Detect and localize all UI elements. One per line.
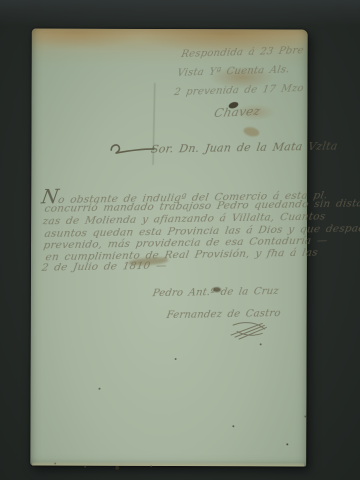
signature-rubric-icon: [227, 319, 269, 341]
annotation-rubric: Chavez: [213, 104, 262, 120]
salutation-flourish-icon: [109, 141, 155, 157]
signature-line: Fernandez de Castro: [166, 308, 282, 321]
letter-paper: Respondida á 23 Pbre Vista Yª Cuenta Als…: [30, 29, 308, 467]
annotation-line: Vista Yª Cuenta Als.: [176, 64, 290, 78]
annotation-line: 2 prevenida de 17 Mzo: [173, 83, 304, 98]
paper-specks: [54, 463, 56, 465]
annotation-line: Respondida á 23 Pbre: [180, 45, 304, 60]
body-line: 2 de Julio de 1810 —: [41, 260, 168, 274]
ink-smudge: [243, 126, 261, 138]
signature-line: Pedro Ant.º de la Cruz: [152, 286, 280, 299]
salutation: Sor. Dn. Juan de la Mata Vzlta: [150, 140, 339, 156]
photo-background: Respondida á 23 Pbre Vista Yª Cuenta Als…: [0, 0, 360, 480]
